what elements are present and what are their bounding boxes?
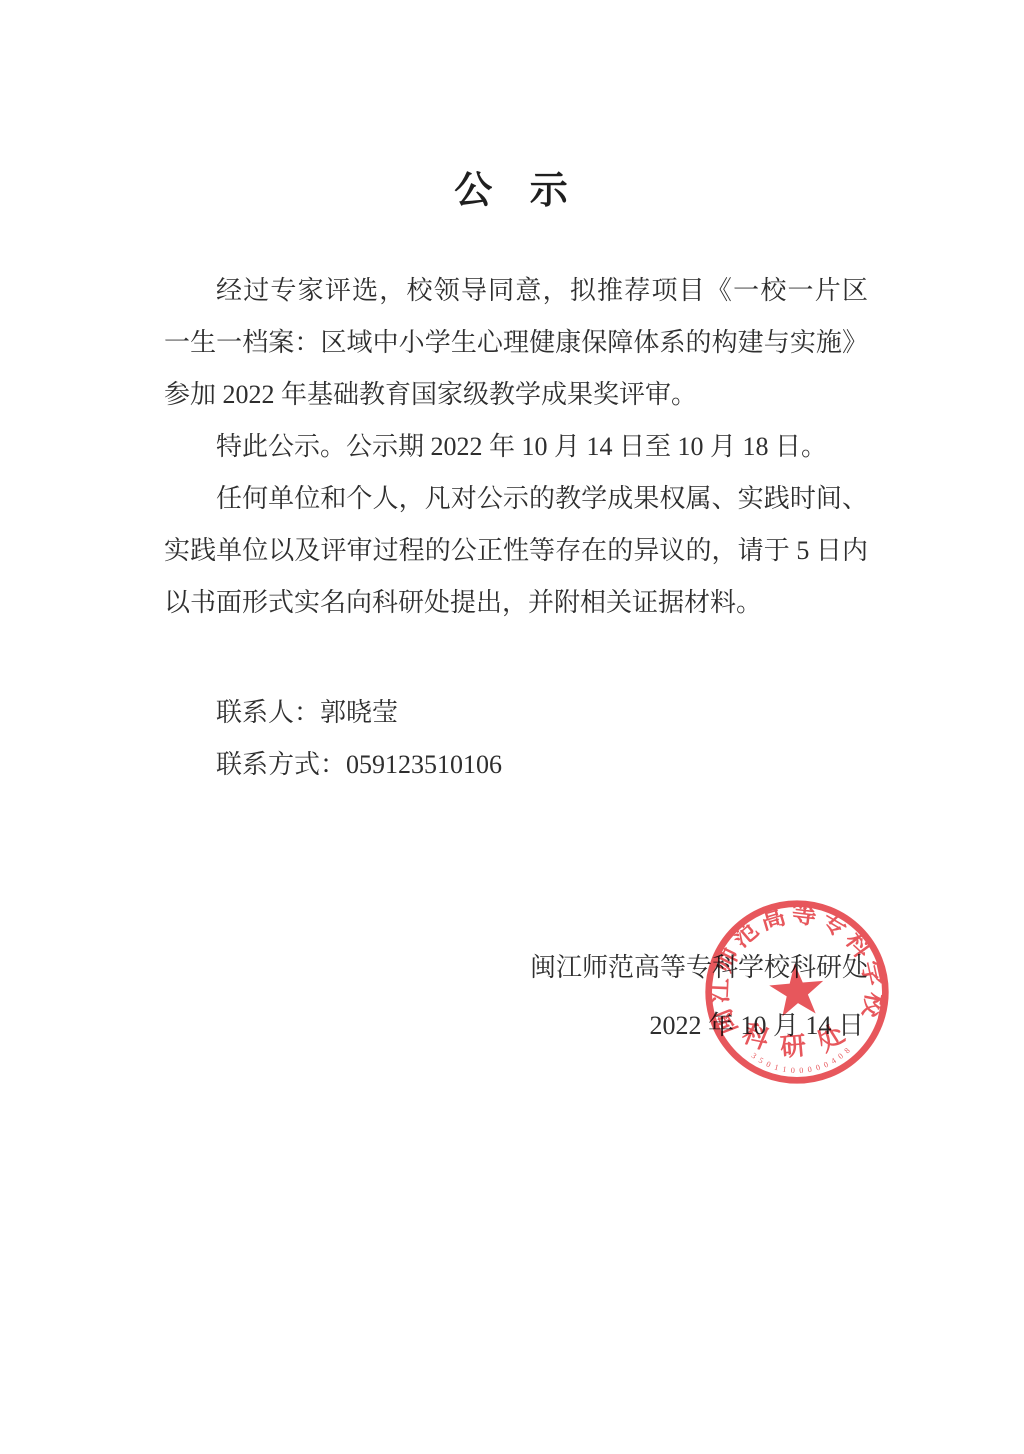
- contact-phone-label: 联系方式：: [216, 750, 346, 779]
- contact-person-line: 联系人：郭晓莹: [164, 687, 868, 739]
- notice-paragraph-2: 特此公示。公示期 2022 年 10 月 14 日至 10 月 18 日。: [164, 421, 868, 473]
- notice-paragraph-3: 任何单位和个人，凡对公示的教学成果权属、实践时间、实践单位以及评审过程的公正性等…: [164, 473, 868, 629]
- signature-block: 闽江师范高等专科学校科研处 2022 年 10 月 14 日: [164, 939, 868, 1055]
- notice-body: 经过专家评选，校领导同意，拟推荐项目《一校一片区 一生一档案：区域中小学生心理健…: [0, 265, 1024, 1055]
- notice-title: 公 示: [0, 172, 1024, 210]
- signature-date: 2022 年 10 月 14 日: [164, 997, 868, 1055]
- contact-phone-number: 059123510106: [346, 750, 502, 779]
- signature-organization: 闽江师范高等专科学校科研处: [164, 939, 868, 997]
- contact-block: 联系人：郭晓莹 联系方式：059123510106: [164, 687, 868, 791]
- notice-document-page: 公 示 经过专家评选，校领导同意，拟推荐项目《一校一片区 一生一档案：区域中小学…: [0, 0, 1024, 1454]
- contact-phone-line: 联系方式：059123510106: [164, 739, 868, 791]
- contact-person-name: 郭晓莹: [320, 698, 398, 727]
- contact-person-label: 联系人：: [216, 698, 320, 727]
- notice-paragraph-1: 经过专家评选，校领导同意，拟推荐项目《一校一片区 一生一档案：区域中小学生心理健…: [164, 265, 868, 421]
